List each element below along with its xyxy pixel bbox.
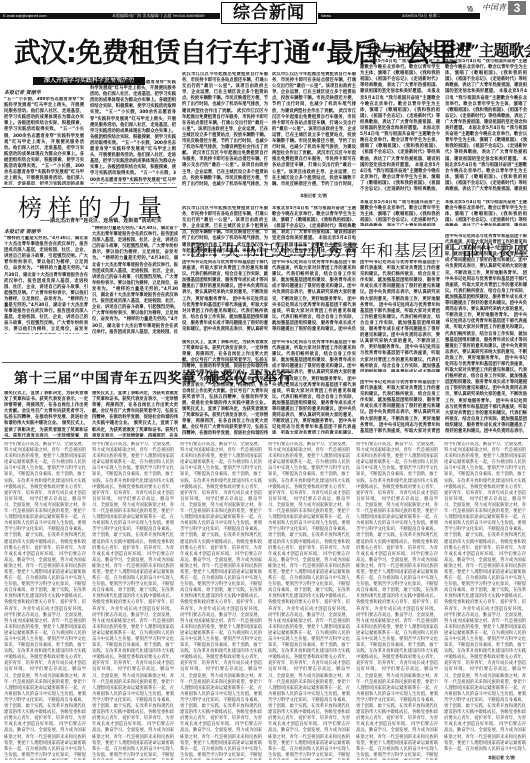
wusi-body-col2: 颁奖仪式上，宣读了表彰决定，为获奖者颁发了奖章和证书。获奖代表发言表示，一定珍惜…: [92, 391, 178, 437]
meeting-body-col4: 团中央书记处同志与优秀青年和基层团干部代表座谈，听取大家对共青团工作的意见和建议…: [445, 234, 527, 434]
divider: [2, 438, 528, 439]
study-byline: 本报记者 贺丽华: [4, 89, 41, 96]
wusi-body-col3: 颁奖仪式上，宣读了表彰决定，为获奖者颁发了奖章和证书。获奖代表发言表示，一定珍惜…: [182, 340, 268, 437]
bike-body-col1: 武汉市江汉区今年起推出免费租赁自行车服务，市民持卡即可在各站点借还车辆，打通公交…: [182, 72, 268, 187]
meeting-body-col3: 团中央书记处同志与优秀青年和基层团干部代表座谈，听取大家对共青团工作的意见和建议…: [360, 260, 440, 372]
header-editors: 本版编辑/张广海 美术编辑/丁志超 Tel:010-64098059: [112, 13, 204, 19]
section-title: 综合新闻: [221, 2, 317, 24]
concert-body-col4: 本报北京5月4日电 “我与祖国共奋进”主题歌会今晚在北京举行。歌会以青年学生为主…: [360, 200, 440, 226]
issue-date: 2009年5月5日 星期二: [402, 13, 440, 19]
divider: [180, 229, 440, 230]
role-model-body-col1: “榜样的力量是无穷的。”4月30日，湖北省十大杰出青年事迹报告会在武汉举行。报告…: [4, 236, 88, 334]
concert-body-col5: 本报北京5月4日电 “我与祖国共奋进”主题歌会今晚在北京举行。歌会以青年学生为主…: [445, 200, 527, 226]
header-bar-right: [318, 13, 480, 19]
continued-body-col5: 同学们要志存高远，勤奋学习，全面发展，努力成为国家栋梁之材。青年一代是祖国的未来…: [356, 442, 438, 760]
decorative-stripes-icon: \\\\: [467, 5, 472, 13]
continued-body-col4: 同学们要志存高远，勤奋学习，全面发展，努力成为国家栋梁之材。青年一代是祖国的未来…: [268, 442, 350, 760]
wusi-body-col1: 颁奖仪式上，宣读了表彰决定，为获奖者颁发了奖章和证书。获奖代表发言表示，一定珍惜…: [4, 391, 88, 437]
continued-body-col1: 同学们要志存高远，勤奋学习，全面发展，努力成为国家栋梁之材。青年一代是祖国的未来…: [4, 442, 86, 760]
meeting-body-col6: 团中央书记处同志与优秀青年和基层团干部代表座谈，听取大家对共青团工作的意见和建议…: [360, 380, 440, 434]
role-model-subhead: ——湖北杰出青年“连花区、连场镇、连街道”活动纪实: [40, 217, 162, 224]
page-number: 3: [508, 1, 526, 15]
continued-body-col6: 同学们要志存高远，勤奋学习，全面发展，努力成为国家栋梁之材。青年一代是祖国的未来…: [444, 442, 526, 752]
meeting-body-col1: 团中央书记处同志与优秀青年和基层团干部代表座谈，听取大家对共青团工作的意见和建议…: [182, 260, 268, 332]
study-body-col2: “五一”小长假，300余名志愿者身穿“实践科学发展观”红马甲走上街头，开展便民服…: [90, 80, 176, 184]
role-model-body-col2: “榜样的力量是无穷的。”4月30日，湖北省十大杰出青年事迹报告会在武汉举行。报告…: [92, 226, 178, 334]
headline-concert: “我与祖国共奋进”主题歌会在京举行: [357, 38, 530, 61]
continued-body-col2: 同学们要志存高远，勤奋学习，全面发展，努力成为国家栋梁之材。青年一代是祖国的未来…: [92, 442, 174, 760]
section-en: News: [321, 13, 331, 19]
continued-source: 本报记者 文/图: [488, 755, 515, 761]
role-model-byline: 本报记者 贺丽华: [4, 228, 41, 235]
meeting-body-col2: 团中央书记处同志与优秀青年和基层团干部代表座谈，听取大家对共青团工作的意见和建议…: [272, 260, 356, 332]
bike-source: 本报记者 文/图: [300, 193, 327, 199]
header-email: E-mail:zqb@zqbnet.com: [3, 13, 47, 19]
bike-body-col2: 武汉市江汉区今年起推出免费租赁自行车服务，市民持卡即可在各站点借还车辆，打通公交…: [272, 72, 356, 187]
continued-body-col3: 同学们要志存高远，勤奋学习，全面发展，努力成为国家栋梁之材。青年一代是祖国的未来…: [180, 442, 262, 760]
concert-body-col2: 本报北京5月4日电 “我与祖国共奋进”主题歌会今晚在北京举行。歌会以青年学生为主…: [445, 59, 527, 191]
study-body-col1: “五一”小长假，300余名志愿者身穿“实践科学发展观”红马甲走上街头，开展便民服…: [4, 97, 84, 185]
concert-body-col1: 本报北京5月4日电 “我与祖国共奋进”主题歌会今晚在北京举行。歌会以青年学生为主…: [360, 59, 440, 191]
